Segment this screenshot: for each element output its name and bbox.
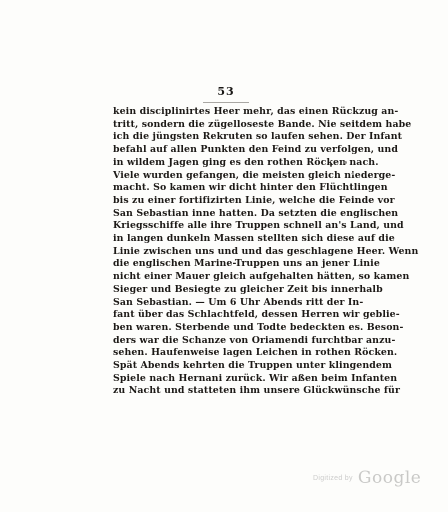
text-line: die englischen Marine-Truppen uns an jen… [113,258,339,271]
text-line: Sieger und Besiegte zu gleicher Zeit bis… [113,284,339,297]
text-line: bis zu einer fortifizirten Linie, welche… [113,195,339,208]
page-header: 53 [113,80,339,103]
text-line: kein disciplinirtes Heer mehr, das einen… [113,106,339,119]
text-line: befahl auf allen Punkten den Feind zu ve… [113,144,339,157]
text-line: Spiele nach Hernani zurück. Wir aßen bei… [113,373,339,386]
text-line: Kriegsschiffe alle ihre Truppen schnell … [113,220,339,233]
text-line: in wildem Jagen ging es den rothen Röcke… [113,157,339,170]
body-text: kein disciplinirtes Heer mehr, das einen… [113,106,339,398]
scan-speck [352,173,354,175]
digitized-watermark: Digitized by Google [313,468,421,488]
text-line: ich die jüngsten Rekruten so laufen sehe… [113,131,339,144]
text-line: sehen. Haufenweise lagen Leichen in roth… [113,347,339,360]
scanned-book-page: 53 kein disciplinirtes Heer mehr, das ei… [0,0,448,512]
text-line: nicht einer Mauer gleich aufgehalten hät… [113,271,339,284]
watermark-prefix: Digitized by [313,475,353,482]
text-line: San Sebastian inne hatten. Da setzten di… [113,208,339,221]
text-line: Linie zwischen uns und und das geschlage… [113,246,339,259]
text-line: ben waren. Sterbende und Todte bedeckten… [113,322,339,335]
page-number: 53 [217,85,234,98]
text-line: San Sebastian. — Um 6 Uhr Abends ritt de… [113,297,339,310]
text-line: tritt, sondern die zügelloseste Bande. N… [113,119,339,132]
text-line: in langen dunkeln Massen stellten sich d… [113,233,339,246]
page-number-rule [203,102,249,103]
text-line: zu Nacht und statteten ihm unsere Glückw… [113,385,339,398]
text-line: Viele wurden gefangen, die meisten gleic… [113,170,339,183]
google-logo: Google [358,468,421,488]
scan-speck [344,161,347,164]
text-line: Spät Abends kehrten die Truppen unter kl… [113,360,339,373]
text-line: fant über das Schlachtfeld, dessen Herre… [113,309,339,322]
text-line: macht. So kamen wir dicht hinter den Flü… [113,182,339,195]
text-line: ders war die Schanze von Oriamendi furch… [113,335,339,348]
